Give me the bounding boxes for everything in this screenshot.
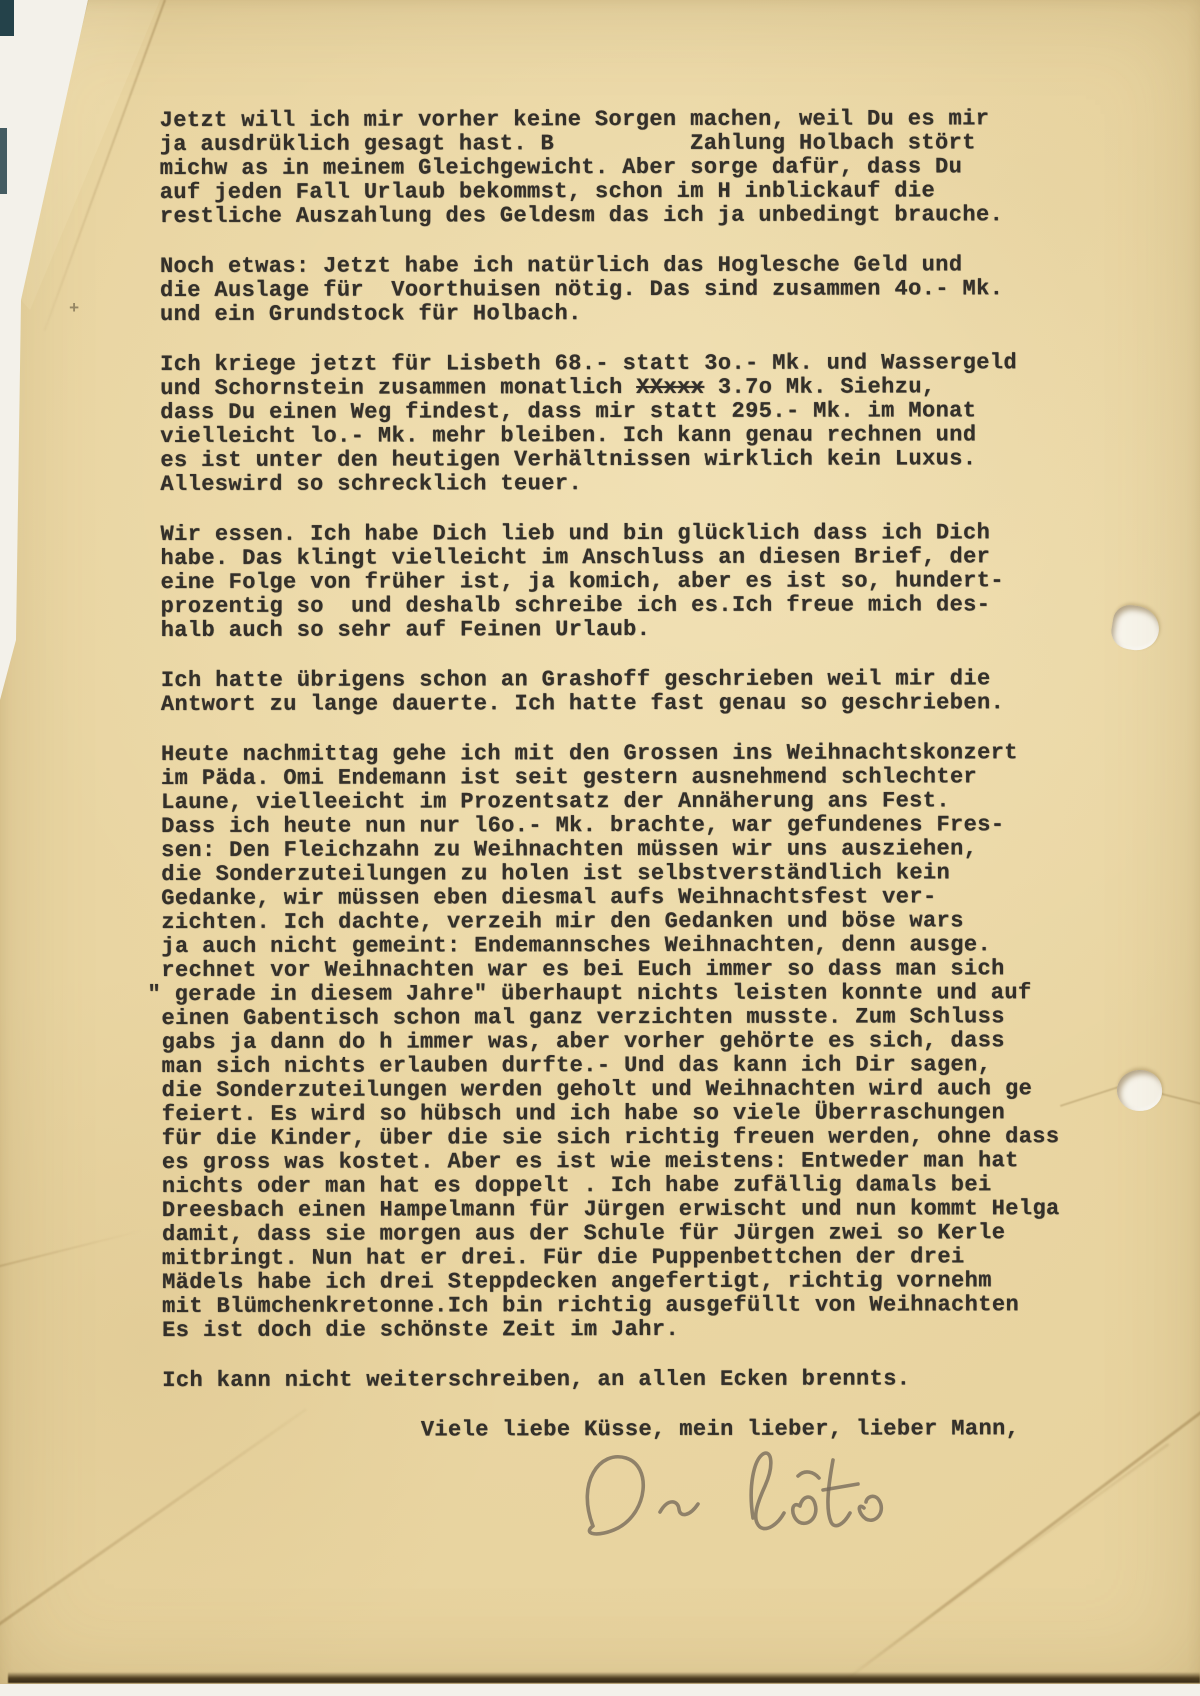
paper-bottom-edge-shadow bbox=[8, 1672, 1200, 1683]
letter-line: mit Blümchenkretonne.Ich bin richtig aus… bbox=[162, 1293, 1112, 1319]
letter-line: und ein Grundstock für Holbach. bbox=[160, 301, 1110, 327]
letter-line: Heute nachmittag gehe ich mit den Grosse… bbox=[161, 741, 1111, 767]
letter-line: Dreesbach einen Hampelmann für Jürgen er… bbox=[162, 1197, 1112, 1223]
paragraph: Jetzt will ich mir vorher keine Sorgen m… bbox=[160, 107, 1110, 229]
letter-line: die Auslage für Voorthuisen nötig. Das s… bbox=[160, 277, 1110, 303]
paragraph: Ich kriege jetzt für Lisbeth 68.- statt … bbox=[160, 351, 1110, 497]
letter-line: halb auch so sehr auf Feinen Urlaub. bbox=[161, 617, 1111, 643]
letter-line: zichten. Ich dachte, verzeih mir den Ged… bbox=[161, 909, 1111, 935]
paragraphs: Jetzt will ich mir vorher keine Sorgen m… bbox=[160, 107, 1113, 1393]
punch-hole-bottom bbox=[1116, 1068, 1164, 1112]
paragraph: Ich kann nicht weiterschreiben, an allen… bbox=[162, 1367, 1112, 1393]
letter-line: es gross was kostet. Aber es ist wie mei… bbox=[162, 1149, 1112, 1175]
letter-line: feiert. Es wird so hübsch und ich habe s… bbox=[162, 1101, 1112, 1127]
signature-script bbox=[548, 1434, 898, 1564]
letter-line: michw as in meinem Gleichgewicht. Aber s… bbox=[160, 155, 1110, 181]
hole-crease-line bbox=[1158, 1092, 1200, 1105]
letter-line: Wir essen. Ich habe Dich lieb und bin gl… bbox=[160, 521, 1110, 547]
letter-line: für die Kinder, über die sie sich richti… bbox=[162, 1125, 1112, 1151]
letter-line: sen: Den Fleichzahn zu Weihnachten müsse… bbox=[161, 837, 1111, 863]
letter-line: vielleicht lo.- Mk. mehr bleiben. Ich ka… bbox=[160, 423, 1110, 449]
letter-line: Ich kriege jetzt für Lisbeth 68.- statt … bbox=[160, 351, 1110, 377]
letter-line: ja ausdrüklich gesagt hast. B Zahlung Ho… bbox=[160, 131, 1110, 157]
letter-line: damit, dass sie morgen aus der Schule fü… bbox=[162, 1221, 1112, 1247]
letter-line: die Sonderzuteilungen werden geholt und … bbox=[162, 1077, 1112, 1103]
paragraph: Heute nachmittag gehe ich mit den Grosse… bbox=[161, 741, 1112, 1343]
letter-line: einen Gabentisch schon mal ganz verzicht… bbox=[161, 1005, 1111, 1031]
letter-line: Mädels habe ich drei Steppdecken angefer… bbox=[162, 1269, 1112, 1295]
letter-line: habe. Das klingt vielleicht im Anschluss… bbox=[161, 545, 1111, 571]
letter-line: " gerade in diesem Jahre" überhaupt nich… bbox=[161, 981, 1111, 1007]
crease-mid-left bbox=[0, 1230, 142, 1268]
folded-corner-crease bbox=[44, 0, 166, 331]
paragraph: Noch etwas: Jetzt habe ich natürlich das… bbox=[160, 253, 1110, 327]
letter-line: Es ist doch die schönste Zeit im Jahr. bbox=[162, 1317, 1112, 1343]
letter-line: dass Du einen Weg findest, dass mir stat… bbox=[160, 399, 1110, 425]
letter-line: Laune, vielleeicht im Prozentsatz der An… bbox=[161, 789, 1111, 815]
folded-corner-edge bbox=[10, 0, 88, 303]
scanner-debris-chip bbox=[0, 128, 7, 194]
letter-line: ja auch nicht gemeint: Endemannsches Wei… bbox=[161, 933, 1111, 959]
letter-line: rechnet vor Weihnachten war es bei Euch … bbox=[161, 957, 1111, 983]
letter-line: mitbringt. Nun hat er drei. Für die Pupp… bbox=[162, 1245, 1112, 1271]
margin-pencil-mark: + bbox=[69, 300, 79, 319]
scanner-debris-chip bbox=[0, 0, 14, 36]
letter-line: und Schornstein zusammen monatlich XXxxx… bbox=[160, 375, 1110, 401]
struck-out-text: XXxxx bbox=[636, 375, 704, 400]
letter-line: Noch etwas: Jetzt habe ich natürlich das… bbox=[160, 253, 1110, 279]
letter-line: Gedanke, wir müssen eben diesmal aufs We… bbox=[161, 885, 1111, 911]
scanned-letter-page: { "page": { "kind": "scanned typewritten… bbox=[0, 0, 1200, 1696]
letter-line: die Sonderzuteilungen zu holen ist selbs… bbox=[161, 861, 1111, 887]
paragraph: Ich hatte übrigens schon an Grashoff ges… bbox=[161, 667, 1111, 717]
paragraph: Wir essen. Ich habe Dich lieb und bin gl… bbox=[160, 521, 1110, 643]
letter-line: Dass ich heute nun nur l6o.- Mk. brachte… bbox=[161, 813, 1111, 839]
letter-line: gabs ja dann do h immer was, aber vorher… bbox=[162, 1029, 1112, 1055]
letter-line: Jetzt will ich mir vorher keine Sorgen m… bbox=[160, 107, 1110, 133]
letter-line: auf jeden Fall Urlaub bekommst, schon im… bbox=[160, 179, 1110, 205]
letter-line: man sich nichts erlauben durfte.- Und da… bbox=[162, 1053, 1112, 1079]
letter-line: prozentig so und deshalb schreibe ich es… bbox=[161, 593, 1111, 619]
letter-line: nichts oder man hat es doppelt . Ich hab… bbox=[162, 1173, 1112, 1199]
letter-line: Alleswird so schrecklich teuer. bbox=[160, 471, 1110, 497]
letter-body: Jetzt will ich mir vorher keine Sorgen m… bbox=[160, 107, 1113, 1443]
letter-line: Ich hatte übrigens schon an Grashoff ges… bbox=[161, 667, 1111, 693]
letter-line: restliche Auszahlung des Geldesm das ich… bbox=[160, 203, 1110, 229]
letter-line: es ist unter den heutigen Verhältnissen … bbox=[160, 447, 1110, 473]
punch-hole-top bbox=[1109, 603, 1162, 654]
letter-line: im Päda. Omi Endemann ist seit gestern a… bbox=[161, 765, 1111, 791]
letter-line: Antwort zu lange dauerte. Ich hatte fast… bbox=[161, 691, 1111, 717]
letter-line: Ich kann nicht weiterschreiben, an allen… bbox=[162, 1367, 1112, 1393]
letter-paper-sheet: + Jetzt will ich mir vorher keine Sorgen… bbox=[0, 0, 1200, 1684]
letter-line: eine Folge von früher ist, ja komich, ab… bbox=[161, 569, 1111, 595]
